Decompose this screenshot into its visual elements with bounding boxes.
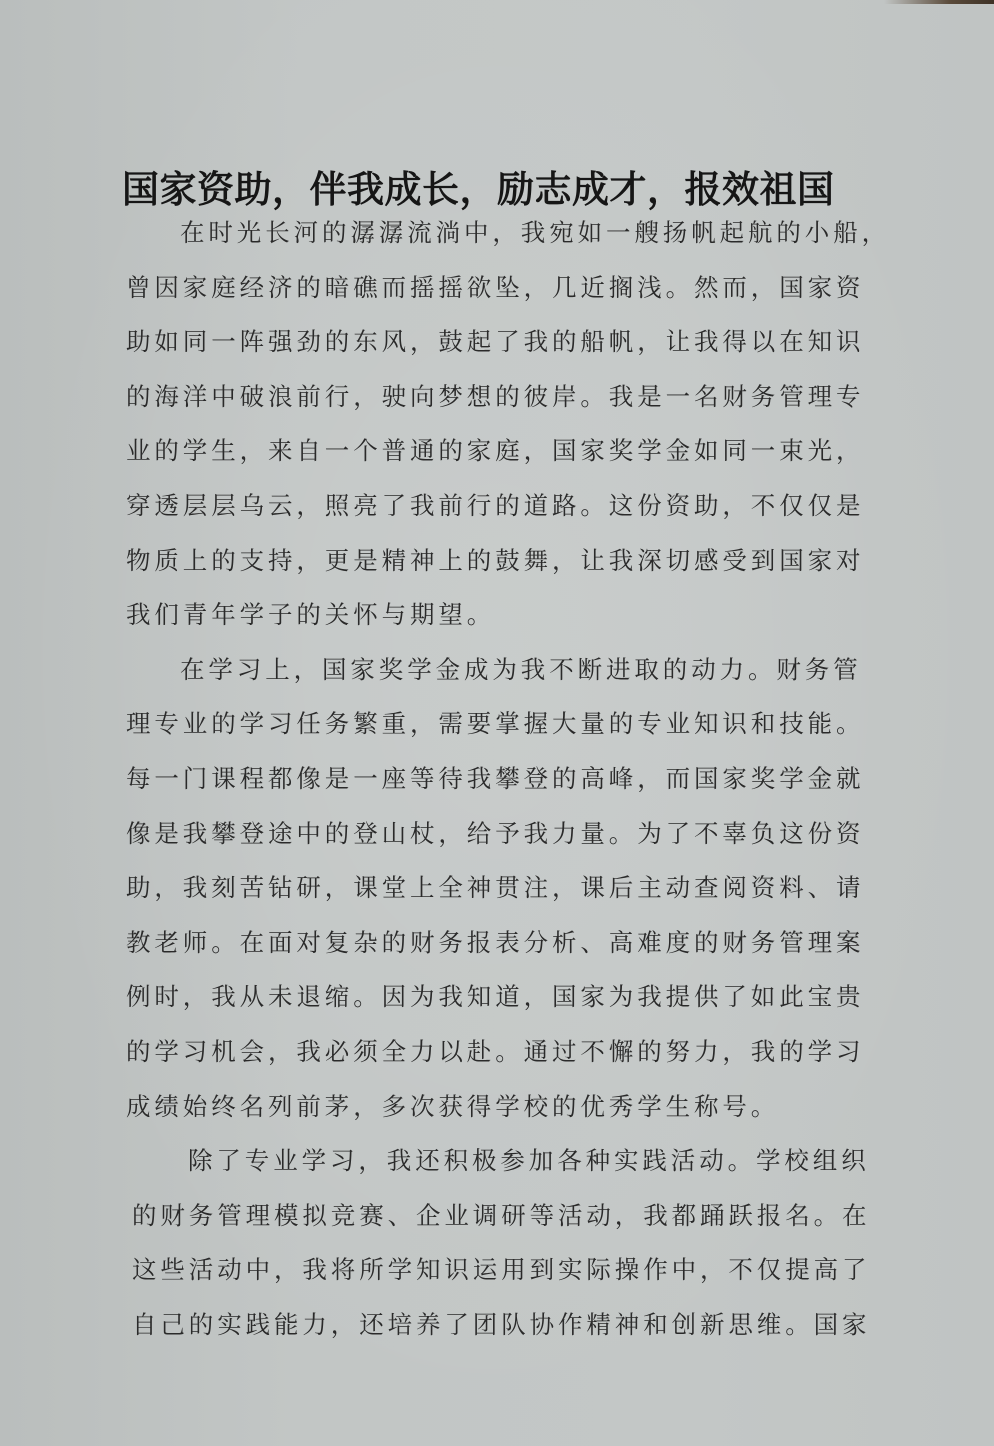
text-line: 理专业的学习任务繁重，需要掌握大量的专业知识和技能。	[126, 697, 854, 752]
text-line: 业的学生，来自一个普通的家庭，国家奖学金如同一束光，	[126, 424, 854, 479]
page-edge-shadow	[884, 0, 994, 4]
text-line: 成绩始终名列前茅，多次获得学校的优秀学生称号。	[126, 1080, 854, 1135]
text-line: 自己的实践能力，还培养了团队协作精神和创新思维。国家	[132, 1298, 854, 1353]
text-line: 助，我刻苦钻研，课堂上全神贯注，课后主动查阅资料、请	[126, 861, 854, 916]
text-line: 穿透层层乌云，照亮了我前行的道路。这份资助，不仅仅是	[126, 479, 854, 534]
text-line: 我们青年学子的关怀与期望。	[126, 588, 854, 643]
text-line: 每一门课程都像是一座等待我攀登的高峰，而国家奖学金就	[126, 752, 854, 807]
paper-page: 国家资助，伴我成长，励志成才，报效祖国 在时光长河的潺潺流淌中，我宛如一艘扬帆起…	[0, 0, 994, 1446]
text-line: 的学习机会，我必须全力以赴。通过不懈的努力，我的学习	[126, 1025, 854, 1080]
text-line: 曾因家庭经济的暗礁而摇摇欲坠，几近搁浅。然而，国家资	[126, 261, 854, 316]
paragraph-1: 在时光长河的潺潺流淌中，我宛如一艘扬帆起航的小船， 曾因家庭经济的暗礁而摇摇欲坠…	[126, 206, 854, 643]
document-body: 在时光长河的潺潺流淌中，我宛如一艘扬帆起航的小船， 曾因家庭经济的暗礁而摇摇欲坠…	[126, 206, 854, 1352]
text-line: 例时，我从未退缩。因为我知道，国家为我提供了如此宝贵	[126, 970, 854, 1025]
text-line: 除了专业学习，我还积极参加各种实践活动。学校组织	[132, 1134, 854, 1189]
text-line: 的海洋中破浪前行，驶向梦想的彼岸。我是一名财务管理专	[126, 370, 854, 425]
text-line: 教老师。在面对复杂的财务报表分析、高难度的财务管理案	[126, 916, 854, 971]
text-line: 这些活动中，我将所学知识运用到实际操作中，不仅提高了	[132, 1243, 854, 1298]
text-line: 在学习上，国家奖学金成为我不断进取的动力。财务管	[126, 643, 854, 698]
text-line: 的财务管理模拟竞赛、企业调研等活动，我都踊跃报名。在	[132, 1189, 854, 1244]
text-line: 在时光长河的潺潺流淌中，我宛如一艘扬帆起航的小船，	[126, 206, 854, 261]
paragraph-2: 在学习上，国家奖学金成为我不断进取的动力。财务管 理专业的学习任务繁重，需要掌握…	[126, 643, 854, 1134]
text-line: 助如同一阵强劲的东风，鼓起了我的船帆，让我得以在知识	[126, 315, 854, 370]
text-line: 像是我攀登途中的登山杖，给予我力量。为了不辜负这份资	[126, 807, 854, 862]
text-line: 物质上的支持，更是精神上的鼓舞，让我深切感受到国家对	[126, 534, 854, 589]
paragraph-3: 除了专业学习，我还积极参加各种实践活动。学校组织 的财务管理模拟竞赛、企业调研等…	[126, 1134, 854, 1352]
